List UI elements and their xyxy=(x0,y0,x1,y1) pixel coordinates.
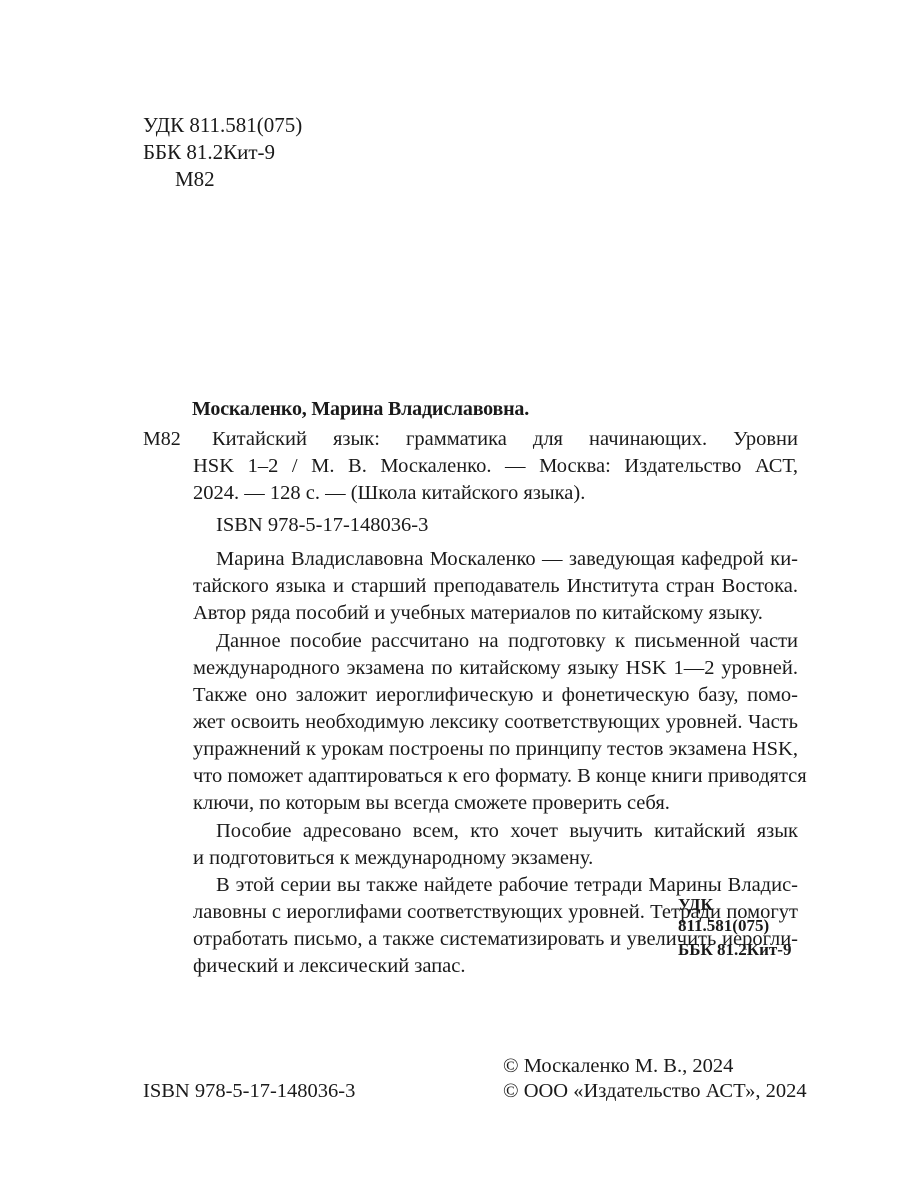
annotation-line: Данное пособие рассчитано на подготовку … xyxy=(216,628,798,654)
annotation-line: жет освоить необходимую лексику соответс… xyxy=(193,709,798,735)
catalog-description-line: HSK 1–2 / М. В. Москаленко. — Москва: Из… xyxy=(193,453,798,479)
annotation-line: ключи, по которым вы всегда сможете пров… xyxy=(193,790,798,816)
classification-udk-value: 811.581(075) xyxy=(678,914,769,938)
annotation-line: международного экзамена по китайскому яз… xyxy=(193,655,798,681)
author-mark: М82 xyxy=(143,166,302,193)
catalog-author-mark: М82 xyxy=(143,428,181,451)
bbk-code: ББК 81.2Кит-9 xyxy=(143,139,302,166)
annotation-line: и подготовиться к международному экзамен… xyxy=(193,845,798,871)
catalog-isbn: ISBN 978-5-17-148036-3 xyxy=(216,512,428,538)
udk-code: УДК 811.581(075) xyxy=(143,112,302,139)
catalog-description-line: Китайский язык: грамматика для начинающи… xyxy=(212,426,798,452)
copyright-author: © Москаленко М. В., 2024 xyxy=(503,1053,733,1079)
classification-bbk: ББК 81.2Кит-9 xyxy=(678,938,791,962)
annotation-line: Автор ряда пособий и учебных материалов … xyxy=(193,600,798,626)
catalog-description-line: 2024. — 128 с. — (Школа китайского языка… xyxy=(193,480,798,506)
annotation-line: что поможет адаптироваться к его формату… xyxy=(193,763,798,789)
annotation-line: Также оно заложит иероглифическую и фоне… xyxy=(193,682,798,708)
catalog-author: Москаленко, Марина Владиславовна. xyxy=(192,398,529,421)
annotation-line: Пособие адресовано всем, кто хочет выучи… xyxy=(216,818,798,844)
footer-isbn: ISBN 978-5-17-148036-3 xyxy=(143,1078,355,1104)
library-codes: УДК 811.581(075) ББК 81.2Кит-9 М82 xyxy=(143,112,302,193)
copyright-publisher: © ООО «Издательство АСТ», 2024 xyxy=(503,1078,807,1104)
annotation-line: тайского языка и старший преподаватель И… xyxy=(193,573,798,599)
annotation-line: Марина Владиславовна Москаленко — заведу… xyxy=(216,546,798,572)
annotation-line: упражнений к урокам построены по принцип… xyxy=(193,736,798,762)
